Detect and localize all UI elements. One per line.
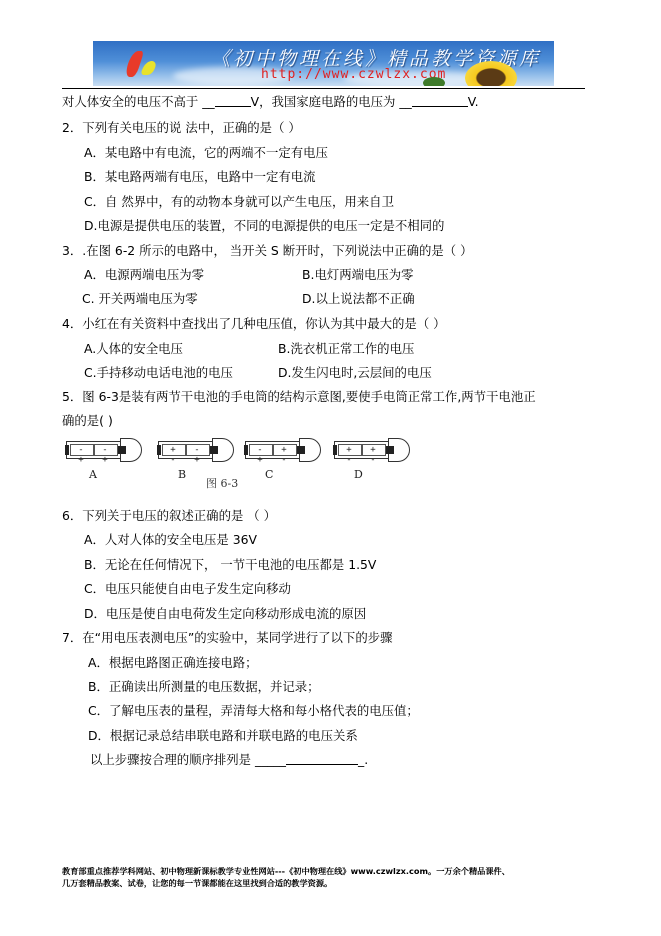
question-6-option-a: A．人对人体的安全电压是 36V — [84, 532, 257, 548]
bulb-icon — [386, 446, 394, 454]
question-4-option-c: C.手持移动电话电池的电压 — [84, 365, 233, 381]
leaf-decoration — [423, 77, 445, 86]
logo-accent-icon — [140, 61, 159, 75]
figure-label-b: B — [178, 468, 186, 481]
banner-url[interactable]: http://www.czwlzx.com — [261, 67, 446, 82]
answer-suffix: _. — [358, 752, 368, 767]
battery-cell: + - — [338, 444, 362, 456]
q1-text-part: V. — [468, 94, 479, 109]
question-7-step-c: C．了解电压表的量程，弄清每大格和每小格代表的电压值； — [88, 703, 419, 719]
question-3-option-a: A．电源两端电压为零 — [84, 267, 204, 283]
flashlight-diagram-c: - + + - — [245, 438, 321, 462]
battery-cell: - + — [94, 444, 118, 456]
question-6-option-d: D．电压是使自由电荷发生定向移动形成电流的原因 — [84, 606, 366, 622]
question-3-option-b: B.电灯两端电压为零 — [302, 267, 414, 283]
battery-cell: + - — [362, 444, 386, 456]
question-2-option-c: C．自 然界中，有的动物本身就可以产生电压，用来自卫 — [84, 194, 394, 210]
q1-text-part: 对人体安全的电压不高于 __ — [62, 94, 215, 109]
question-7-answer-line: 以上步骤按合理的顺序排列是 ______. — [90, 752, 368, 768]
question-5-stem-line1: 5．图 6-3是装有两节干电池的手电筒的结构示意图,要使手电筒正常工作,两节干电… — [62, 389, 536, 405]
question-2-option-a: A．某电路中有电流，它的两端不一定有电压 — [84, 145, 328, 161]
flashlight-diagram-d: + - + - — [334, 438, 410, 462]
question-2-stem: 2．下列有关电压的说 法中，正确的是（ ） — [62, 120, 301, 136]
q1-text-part: V，我国家庭电路的电压为 __ — [251, 94, 412, 109]
question-4-stem: 4．小红在有关资料中查找出了几种电压值，你认为其中最大的是（ ） — [62, 316, 446, 332]
figure-label-c: C — [265, 468, 273, 481]
question-6-stem: 6．下列关于电压的叙述正确的是 （ ） — [62, 508, 276, 524]
answer-blank[interactable] — [286, 752, 358, 765]
question-4-option-a: A.人体的安全电压 — [84, 341, 183, 357]
question-2-option-b: B．某电路两端有电压，电路中一定有电流 — [84, 169, 316, 185]
question-3-option-c: C. 开关两端电压为零 — [82, 291, 198, 307]
question-4-option-d: D.发生闪电时,云层间的电压 — [278, 365, 432, 381]
header-banner: 《初中物理在线》精品教学资源库 http://www.czwlzx.com — [93, 41, 554, 86]
figure-6-3: - + - + + - - + - + + - + - + - A B C D … — [62, 434, 422, 496]
figure-label-d: D — [354, 468, 363, 481]
question-5-stem-line2: 确的是( ) — [62, 413, 113, 429]
question-3-stem: 3．.在图 6-2 所示的电路中， 当开关 S 断开时，下列说法中正确的是（ ） — [62, 243, 473, 259]
battery-cell: - + — [249, 444, 273, 456]
question-2-option-d: D.电源是提供电压的装置，不同的电源提供的电压一定是不相同的 — [84, 218, 444, 234]
bulb-icon — [210, 446, 218, 454]
question-3-option-d: D.以上说法都不正确 — [302, 291, 415, 307]
footer-line-2: 几万套精品教案、试卷，让您的每一节课都能在这里找到合适的教学资源。 — [62, 878, 332, 889]
footer-line-1: 教育部重点推荐学科网站、初中物理新课标教学专业性网站---《初中物理在线》www… — [62, 866, 510, 877]
answer-prefix: 以上步骤按合理的顺序排列是 _____ — [90, 752, 286, 767]
question-6-option-b: B．无论在任何情况下， 一节干电池的电压都是 1.5V — [84, 557, 376, 573]
question-4-option-b: B.洗衣机正常工作的电压 — [278, 341, 414, 357]
question-7-step-d: D．根据记录总结串联电路和并联电路的电压关系 — [88, 728, 358, 744]
battery-cell: - + — [70, 444, 94, 456]
flashlight-diagram-a: - + - + — [66, 438, 142, 462]
header-divider — [62, 88, 585, 89]
battery-cell: - + — [186, 444, 210, 456]
battery-cell: + - — [162, 444, 186, 456]
answer-blank[interactable] — [412, 94, 468, 107]
figure-label-a: A — [89, 468, 97, 481]
question-7-step-b: B．正确读出所测量的电压数据，并记录； — [88, 679, 320, 695]
bulb-icon — [297, 446, 305, 454]
answer-blank[interactable] — [215, 94, 251, 107]
question-7-step-a: A．根据电路图正确连接电路； — [88, 655, 258, 671]
bulb-icon — [118, 446, 126, 454]
question-6-option-c: C．电压只能使自由电子发生定向移动 — [84, 581, 291, 597]
figure-caption: 图 6-3 — [206, 475, 238, 491]
battery-cell: + - — [273, 444, 297, 456]
question-7-stem: 7．在“用电压表测电压”的实验中，某同学进行了以下的步骤 — [62, 630, 393, 646]
flashlight-diagram-b: + - - + — [158, 438, 234, 462]
question-1-continuation: 对人体安全的电压不高于 __V，我国家庭电路的电压为 __V. — [62, 94, 479, 110]
